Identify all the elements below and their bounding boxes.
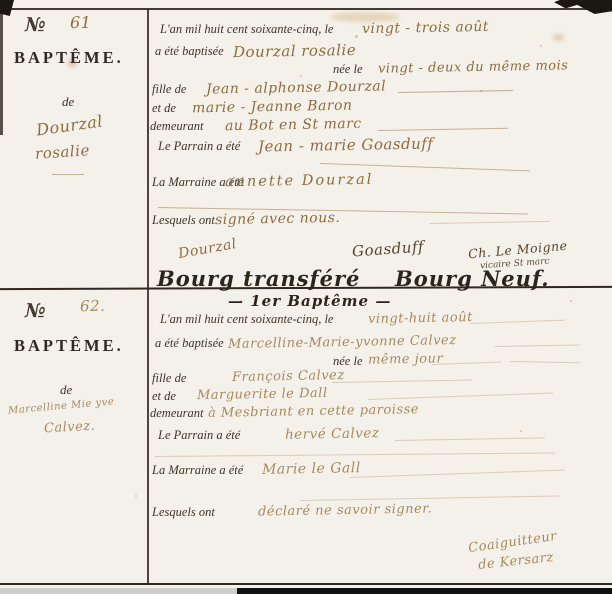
ink-line: [155, 453, 555, 457]
record1-line-an: L'an mil huit cent soixante-cinq, le: [160, 22, 333, 37]
record1-signature-1: Dourzal: [177, 236, 238, 262]
record1-date-written: vingt - trois août: [362, 19, 489, 37]
column-divider: [147, 9, 149, 585]
record1-bapteme-label: BAPTÊME.: [14, 48, 124, 68]
left-edge-mark: [0, 10, 3, 135]
record1-annotation-sub: — 1er Baptême —: [228, 292, 391, 310]
record2-line-an: L'an mil huit cent soixante-cinq, le: [160, 312, 333, 327]
record2-signed-written: déclaré ne savoir signer.: [258, 501, 432, 519]
record2-line-etde: et de: [152, 389, 176, 404]
record1-mother-written: marie - Jeanne Baron: [192, 98, 353, 117]
record2-godmother-written: Marie le Gall: [262, 460, 361, 478]
record2-residence-written: à Mesbriant en cette paroisse: [208, 402, 419, 421]
speck: [540, 45, 542, 47]
corner-mark-top-left: [0, 0, 14, 16]
record1-line-etde: et de: [152, 101, 176, 116]
speck: [570, 300, 572, 302]
ink-dash: [510, 361, 580, 363]
record2-no-symbol: №: [25, 300, 46, 322]
record2-margin-name-2: Calvez.: [44, 419, 96, 437]
record2-de-label: de: [60, 382, 72, 398]
ink-dash: [430, 221, 550, 224]
record2-bapteme-label: BAPTÊME.: [14, 336, 124, 356]
record1-margin-name-1: Dourzal: [35, 111, 104, 139]
record2-line-baptisee: a été baptisée: [155, 336, 224, 351]
record1-birth-written: vingt - deux du même mois: [378, 58, 569, 76]
ink-line: [300, 495, 560, 501]
record2-line-marraine: La Marraine a été: [152, 463, 243, 478]
ink-dash: [368, 393, 553, 400]
record1-line-nee: née le: [333, 62, 363, 77]
record2-line-demeurant: demeurant: [150, 406, 203, 421]
record2-line-parrain: Le Parrain a été: [158, 428, 240, 443]
ink-underline: [320, 163, 530, 171]
record2-name-written: Marcelline-Marie-yvonne Calvez: [228, 333, 457, 352]
corner-mark-top-right: [554, 0, 612, 14]
record2-line-lesquels: Lesquels ont: [152, 505, 215, 520]
record1-number: 61: [70, 13, 92, 32]
speck: [520, 430, 522, 432]
record1-line-fille: fille de: [152, 82, 186, 97]
record1-line-parrain: Le Parrain a été: [158, 139, 240, 154]
record1-margin-name-2: rosalie: [34, 141, 90, 163]
record1-line-baptisee: a été baptisée: [155, 44, 224, 59]
top-rule: [0, 8, 612, 10]
record2-godfather-written: hervé Calvez: [285, 425, 380, 443]
speck: [355, 35, 358, 38]
stain: [553, 34, 564, 41]
ink-dash: [332, 380, 472, 383]
record2-birth-written: même jour: [368, 351, 443, 367]
record2-line-fille: fille de: [152, 371, 186, 386]
record2-number: 62.: [80, 297, 106, 315]
record2-father-written: François Calvez: [232, 368, 345, 385]
record1-signature-2: Goasduff: [351, 238, 424, 261]
register-page: № 61 BAPTÊME. de Dourzal rosalie L'an mi…: [0, 0, 612, 594]
record2-margin-name-1: Marcelline Mie yve: [8, 396, 115, 416]
record1-annotation-left: Bourg transféré: [157, 266, 360, 291]
bottom-scan-bar-dark: [237, 588, 612, 594]
record1-de-label: de: [62, 94, 74, 110]
record2-mother-written: Marguerite le Dall: [197, 386, 328, 403]
record1-godmother-written: annette Dourzal: [225, 172, 374, 191]
record1-residence-written: au Bot en St marc: [225, 116, 362, 134]
record1-signed-written: signé avec nous.: [215, 210, 341, 228]
record1-name-written: Dourzal rosalie: [233, 41, 356, 61]
ink-dash: [495, 345, 580, 347]
record1-annotation-right: Bourg Neuf.: [395, 266, 550, 291]
speck: [300, 75, 302, 77]
ink-dash: [395, 437, 545, 441]
speck: [135, 495, 137, 497]
ink-dash: [350, 469, 565, 478]
record2-signature-2: de Kersarz: [477, 550, 554, 573]
record1-line-lesquels: Lesquels ont: [152, 213, 215, 228]
ink-dash: [470, 320, 565, 324]
record1-line-demeurant: demeurant: [150, 119, 203, 134]
record1-father-written: Jean - alphonse Dourzal: [206, 78, 386, 97]
record1-no-symbol: №: [25, 14, 46, 36]
record2-date-written: vingt-huit août: [368, 310, 473, 327]
ink-dash: [52, 174, 84, 175]
record1-godfather-written: Jean - marie Goasduff: [258, 134, 434, 155]
record2-line-nee: née le: [333, 354, 363, 369]
ink-dash: [378, 128, 508, 131]
bottom-rule: [0, 583, 612, 585]
ink-dash: [398, 90, 513, 93]
